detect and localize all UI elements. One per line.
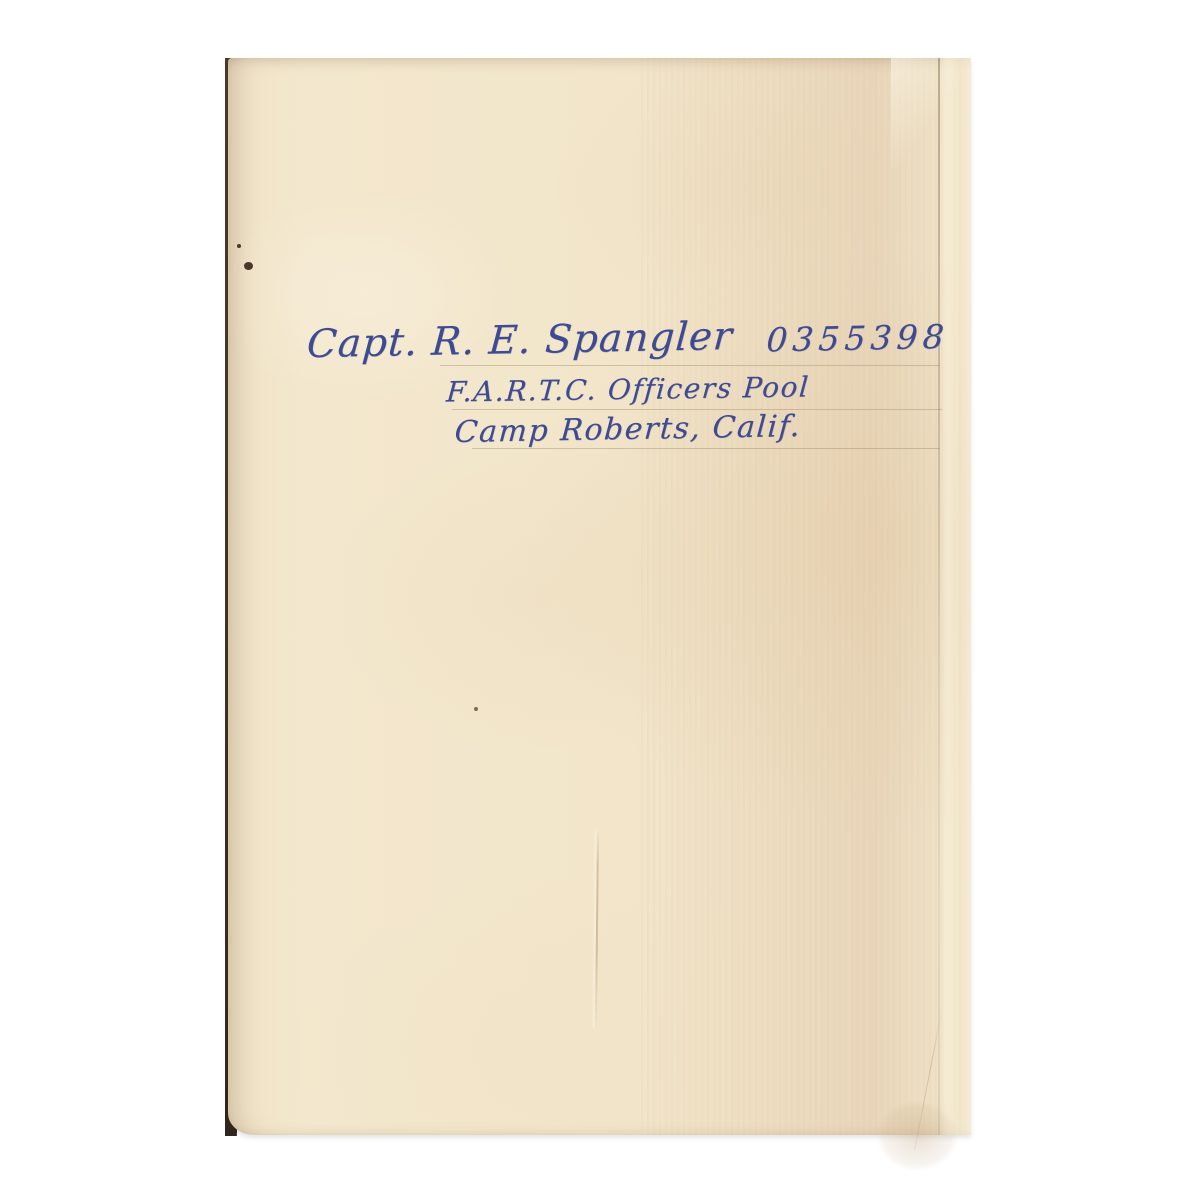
bottom-right-stain [868,1078,978,1183]
inscription-line-owner: Capt. R. E. Spangler 0355398 [281,309,975,367]
serial-number-text: 0355398 [765,317,950,359]
handwritten-inscription: Capt. R. E. Spangler 0355398 F.A.R.T.C. … [283,316,973,447]
ink-speck-gutter-small [237,244,241,248]
paper-grain-texture [641,58,971,1135]
fore-edge-strip [938,58,971,1135]
inscription-line-unit: F.A.R.T.C. Officers Pool [281,368,974,411]
inscription-line-location: Camp Roberts, Calif. [281,406,974,453]
ink-speck-gutter [244,262,253,270]
paper-speck [474,707,478,711]
scanner-background: Capt. R. E. Spangler 0355398 F.A.R.T.C. … [0,0,1200,1200]
top-right-fold-highlight [891,58,971,168]
center-bottom-crease [595,830,599,1028]
book-page: Capt. R. E. Spangler 0355398 F.A.R.T.C. … [228,58,971,1135]
owner-name-text: Capt. R. E. Spangler [305,314,734,367]
right-crease [938,58,940,1135]
